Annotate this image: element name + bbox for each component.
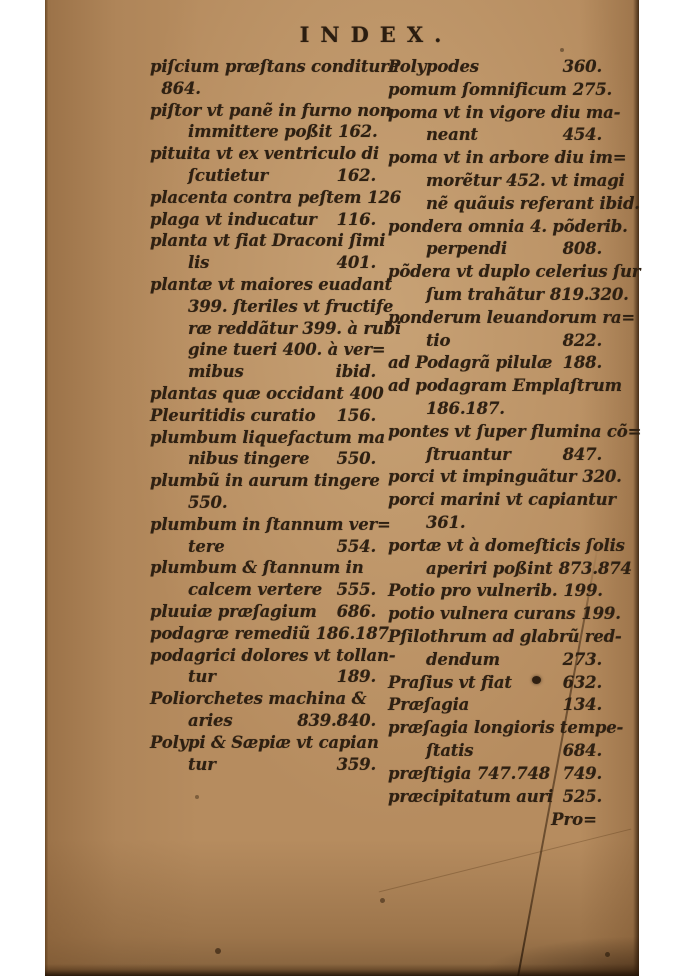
index-line: plumbum liquefactum ma — [150, 427, 376, 449]
index-line: nẽ quãuis referant ibid. — [388, 193, 602, 216]
index-line: placenta contra peſtem126 — [150, 187, 376, 209]
entry-text: plumbũ in aurum tingere — [150, 470, 380, 492]
entry-text: plumbum & ſtannum in — [150, 557, 364, 579]
index-line: præſagia longioris tempe- — [388, 717, 602, 740]
index-column-left: piſcium præſtans conditura864.piſtor vt … — [150, 56, 376, 808]
index-line: Praſius vt fiat632. — [388, 672, 602, 695]
page-number: 320. — [582, 466, 621, 489]
index-line: podagrici dolores vt tollan- — [150, 645, 376, 667]
entry-text: põdera vt duplo celerius ſur — [388, 261, 640, 284]
page-number: 359. — [337, 754, 376, 776]
index-line: podagræ remediũ 186.187. — [150, 623, 376, 645]
index-line: ſtatis684. — [388, 740, 602, 763]
index-line: præſtigia 747.748749. — [388, 763, 602, 786]
entry-text: Pſilothrum ad glabrũ red- — [388, 626, 622, 649]
paper-speck — [560, 48, 564, 52]
entry-text: portæ vt à domeſticis ſolis — [388, 535, 625, 558]
index-line: piſcium præſtans conditura — [150, 56, 376, 78]
page-number: 822. — [563, 330, 602, 353]
entry-text: calcem vertere — [188, 579, 322, 601]
page-number: 156. — [337, 405, 376, 427]
entry-text: aperiri poßint — [426, 558, 553, 581]
entry-text: 399. ſteriles vt fructife — [188, 296, 393, 318]
entry-text: pomum ſomnificum — [388, 79, 567, 102]
entry-text: pituita vt ex ventriculo di — [150, 143, 379, 165]
entry-text: poma vt in vigore diu ma- — [388, 102, 620, 125]
entry-text: 864. — [161, 78, 200, 100]
index-line: 864. — [150, 78, 376, 100]
index-column-right: Polypodes360.pomum ſomnificum275.poma vt… — [388, 56, 602, 808]
entry-text: pondera omnia 4. põderib. — [388, 216, 628, 239]
entry-text: plantas quæ occidant — [150, 383, 344, 405]
paper-speck — [380, 898, 385, 903]
index-line: potio vulnera curans199. — [388, 603, 602, 626]
entry-text: perpendi — [426, 238, 507, 261]
index-line: porci vt impinguãtur320. — [388, 466, 602, 489]
page-number: 162. — [337, 165, 376, 187]
entry-text: plaga vt inducatur — [150, 209, 317, 231]
entry-text: 550. — [188, 492, 227, 514]
index-line: tio822. — [388, 330, 602, 353]
entry-text: piſcium præſtans conditura — [150, 56, 399, 78]
index-line: planta vt fiat Draconi ſimi — [150, 230, 376, 252]
paper-speck — [605, 952, 610, 957]
paper-speck — [215, 948, 221, 954]
entry-text: nibus tingere — [188, 448, 309, 470]
entry-text: potio vulnera curans — [388, 603, 575, 626]
index-line: 361. — [388, 512, 602, 535]
page-number: 400 — [350, 383, 384, 405]
index-line: pondera omnia 4. põderib. — [388, 216, 602, 239]
index-line: 550. — [150, 492, 376, 514]
entry-text: præcipitatum auri — [388, 786, 553, 809]
page-corner-shadow — [479, 936, 639, 976]
index-line: ſum trahãtur819.320. — [388, 284, 602, 307]
index-line: 399. ſteriles vt fructife — [150, 296, 376, 318]
entry-text: podagræ remediũ 186.187. — [150, 623, 394, 645]
index-line: aperiri poßint873.874 — [388, 558, 602, 581]
index-line: Polypi & Sæpiæ vt capian — [150, 732, 376, 754]
index-line: ſtruantur847. — [388, 444, 602, 467]
index-line: piſtor vt panẽ in furno non — [150, 100, 376, 122]
page-title: INDEX. — [150, 22, 602, 47]
page-number: 275. — [573, 79, 612, 102]
entry-text: ſtatis — [426, 740, 473, 763]
index-line: Pleuritidis curatio156. — [150, 405, 376, 427]
entry-text: tio — [426, 330, 450, 353]
entry-text: mibus — [188, 361, 244, 383]
entry-text: lis — [188, 252, 209, 274]
entry-text: dendum — [426, 649, 500, 672]
index-line: põdera vt duplo celerius ſur — [388, 261, 602, 284]
page-number: 839.840. — [297, 710, 376, 732]
entry-text: neant — [426, 124, 478, 147]
catchword: Pro= — [383, 810, 605, 829]
entry-text: immittere poßit — [188, 121, 332, 143]
index-line: tur359. — [150, 754, 376, 776]
index-line: ad podagram Emplaſtrum — [388, 375, 602, 398]
page-number: 199. — [563, 580, 602, 603]
entry-text: Pleuritidis curatio — [150, 405, 315, 427]
entry-text: gine tueri 400. à ver= — [188, 339, 385, 361]
entry-text: poma vt in arbore diu im= — [388, 147, 626, 170]
page-number: ibid. — [336, 361, 376, 383]
index-line: aries839.840. — [150, 710, 376, 732]
entry-text: porci marini vt capiantur — [388, 489, 616, 512]
entry-text: ad Podagrã pilulæ — [388, 352, 552, 375]
index-line: Poliorchetes machina & — [150, 688, 376, 710]
entry-text: Polypodes — [388, 56, 479, 79]
page-edge-left — [45, 0, 48, 976]
entry-text: pluuiæ præſagium — [150, 601, 317, 623]
page-number: 401. — [337, 252, 376, 274]
page-number: 554. — [337, 536, 376, 558]
index-line: poma vt in vigore diu ma- — [388, 102, 602, 125]
index-columns: piſcium præſtans conditura864.piſtor vt … — [150, 56, 602, 808]
index-line: Potio pro vulnerib.199. — [388, 580, 602, 603]
page-number: 454. — [563, 124, 602, 147]
entry-text: ſtruantur — [426, 444, 511, 467]
index-line: calcem vertere555. — [150, 579, 376, 601]
entry-text: ræ reddãtur 399. à rubi — [188, 318, 401, 340]
index-line: gine tueri 400. à ver= — [150, 339, 376, 361]
entry-text: aries — [188, 710, 232, 732]
page-number: 684. — [563, 740, 602, 763]
page-number: 189. — [337, 666, 376, 688]
entry-text: 186.187. — [426, 398, 505, 421]
entry-text: Præſagia — [388, 694, 469, 717]
index-line: perpendi808. — [388, 238, 602, 261]
index-line: ſcutietur162. — [150, 165, 376, 187]
index-line: præcipitatum auri525. — [388, 786, 602, 809]
entry-text: piſtor vt panẽ in furno non — [150, 100, 392, 122]
index-line: plumbũ in aurum tingere — [150, 470, 376, 492]
entry-text: plumbum in ſtannum ver= — [150, 514, 391, 536]
entry-text: ponderum leuandorum ra= — [388, 307, 635, 330]
page-number: 525. — [563, 786, 602, 809]
page-number: 847. — [563, 444, 602, 467]
entry-text: Praſius vt fiat — [388, 672, 512, 695]
entry-text: præſtigia 747.748 — [388, 763, 550, 786]
entry-text: nẽ quãuis referant ibid. — [426, 193, 640, 216]
entry-text: placenta contra peſtem — [150, 187, 361, 209]
book-scan: INDEX. piſcium præſtans conditura864.piſ… — [0, 0, 690, 976]
entry-text: planta vt fiat Draconi ſimi — [150, 230, 385, 252]
index-line: ad Podagrã pilulæ188. — [388, 352, 602, 375]
page-number: 188. — [563, 352, 602, 375]
entry-text: ad podagram Emplaſtrum — [388, 375, 622, 398]
index-line: 186.187. — [388, 398, 602, 421]
page-number: 686. — [337, 601, 376, 623]
index-line: portæ vt à domeſticis ſolis — [388, 535, 602, 558]
page-number: 116. — [337, 209, 376, 231]
entry-text: Poliorchetes machina & — [150, 688, 366, 710]
index-line: Polypodes360. — [388, 56, 602, 79]
entry-text: Polypi & Sæpiæ vt capian — [150, 732, 379, 754]
page-edge-right — [633, 0, 639, 976]
entry-text: 361. — [426, 512, 465, 535]
index-line: plantæ vt maiores euadant — [150, 274, 376, 296]
index-line: tere554. — [150, 536, 376, 558]
index-line: dendum273. — [388, 649, 602, 672]
page-number: 550. — [337, 448, 376, 470]
entry-text: Potio pro vulnerib. — [388, 580, 557, 603]
index-line: pluuiæ præſagium686. — [150, 601, 376, 623]
entry-text: tur — [188, 666, 216, 688]
entry-text: ſum trahãtur — [426, 284, 544, 307]
entry-text: tur — [188, 754, 216, 776]
index-line: immittere poßit162. — [150, 121, 376, 143]
page-number: 808. — [563, 238, 602, 261]
paper-crease-faint — [379, 829, 632, 893]
index-line: plumbum in ſtannum ver= — [150, 514, 376, 536]
page-number: 360. — [563, 56, 602, 79]
entry-text: plumbum liquefactum ma — [150, 427, 385, 449]
entry-text: podagrici dolores vt tollan- — [150, 645, 395, 667]
page-number: 873.874 — [559, 558, 632, 581]
book-page: INDEX. piſcium præſtans conditura864.piſ… — [45, 0, 639, 976]
index-line: Præſagia134. — [388, 694, 602, 717]
entry-text: plantæ vt maiores euadant — [150, 274, 392, 296]
index-line: plumbum & ſtannum in — [150, 557, 376, 579]
page-number: 819.320. — [550, 284, 629, 307]
index-line: Pſilothrum ad glabrũ red- — [388, 626, 602, 649]
index-line: tur189. — [150, 666, 376, 688]
index-line: morẽtur 452. vt imagi — [388, 170, 602, 193]
page-number: 632. — [563, 672, 602, 695]
index-line: ponderum leuandorum ra= — [388, 307, 602, 330]
index-line: ræ reddãtur 399. à rubi — [150, 318, 376, 340]
page-number: 162. — [338, 121, 377, 143]
entry-text: præſagia longioris tempe- — [388, 717, 623, 740]
index-line: plaga vt inducatur116. — [150, 209, 376, 231]
page-number: 273. — [563, 649, 602, 672]
index-line: mibusibid. — [150, 361, 376, 383]
index-line: neant454. — [388, 124, 602, 147]
index-line: plantas quæ occidant400 — [150, 383, 376, 405]
index-line: poma vt in arbore diu im= — [388, 147, 602, 170]
page-number: 749. — [563, 763, 602, 786]
index-line: nibus tingere550. — [150, 448, 376, 470]
entry-text: tere — [188, 536, 225, 558]
page-number: 555. — [337, 579, 376, 601]
page-number: 134. — [563, 694, 602, 717]
index-line: pomum ſomnificum275. — [388, 79, 602, 102]
index-line: pontes vt ſuper flumina cõ= — [388, 421, 602, 444]
entry-text: pontes vt ſuper flumina cõ= — [388, 421, 641, 444]
index-line: pituita vt ex ventriculo di — [150, 143, 376, 165]
entry-text: porci vt impinguãtur — [388, 466, 576, 489]
index-line: porci marini vt capiantur — [388, 489, 602, 512]
page-number: 199. — [581, 603, 620, 626]
index-line: lis401. — [150, 252, 376, 274]
entry-text: ſcutietur — [188, 165, 268, 187]
entry-text: morẽtur 452. vt imagi — [426, 170, 625, 193]
